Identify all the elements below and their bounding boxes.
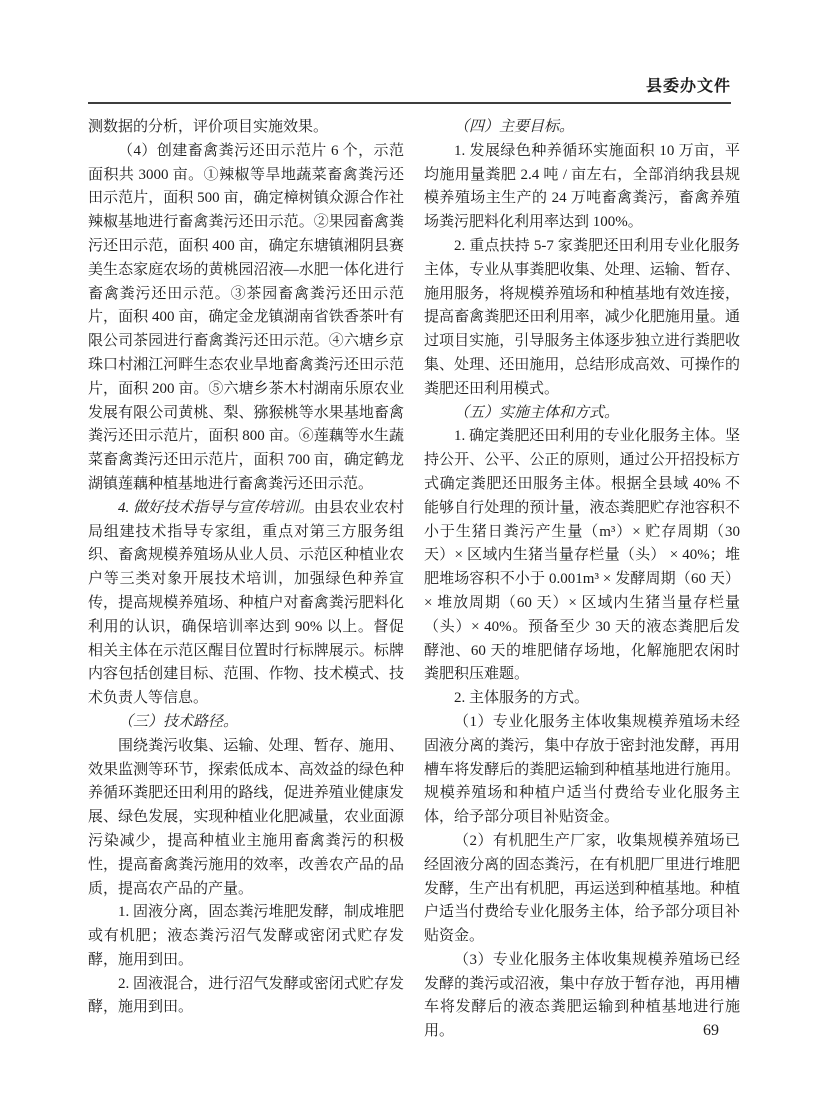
paragraph: （4）创建畜禽粪污还田示范片 6 个，示范面积共 3000 亩。①辣椒等旱地蔬菜…	[88, 140, 404, 497]
paragraph: 1. 确定粪肥还田利用的专业化服务主体。坚持公开、公平、公正的原则，通过公开招投…	[424, 425, 740, 687]
right-column: （四）主要目标。1. 发展绿色种养循环实施面积 10 万亩，平均施用量粪肥 2.…	[424, 116, 740, 1044]
paragraph-lead: 4. 做好技术指导与宣传培训。	[118, 500, 314, 516]
paragraph: 围绕粪污收集、运输、处理、暂存、施用、效果监测等环节，探索低成本、高效益的绿色种…	[88, 735, 404, 902]
paragraph: 4. 做好技术指导与宣传培训。由县农业农村局组建技术指导专家组，重点对第三方服务…	[88, 497, 404, 711]
paragraph: 2. 固液混合，进行沼气发酵或密闭式贮存发酵，施用到田。	[88, 973, 404, 1021]
section-heading: （三）技术路径。	[88, 711, 404, 735]
document-page: 县委办文件 测数据的分析，评价项目实施效果。（4）创建畜禽粪污还田示范片 6 个…	[0, 0, 816, 1099]
left-column: 测数据的分析，评价项目实施效果。（4）创建畜禽粪污还田示范片 6 个，示范面积共…	[88, 116, 404, 1044]
page-number: 69	[88, 1023, 731, 1039]
document-body: 测数据的分析，评价项目实施效果。（4）创建畜禽粪污还田示范片 6 个，示范面积共…	[88, 116, 740, 1044]
paragraph: 1. 发展绿色种养循环实施面积 10 万亩，平均施用量粪肥 2.4 吨 / 亩左…	[424, 140, 740, 235]
paragraph: 2. 重点扶持 5-7 家粪肥还田利用专业化服务主体，专业从事粪肥收集、处理、运…	[424, 235, 740, 402]
paragraph: （1）专业化服务主体收集规模养殖场未经固液分离的粪污，集中存放于密封池发酵，再用…	[424, 711, 740, 830]
paragraph: （2）有机肥生产厂家，收集规模养殖场已经固液分离的固态粪污，在有机肥厂里进行堆肥…	[424, 830, 740, 949]
header-rule	[88, 102, 731, 104]
header-title: 县委办文件	[646, 78, 731, 95]
section-heading: （五）实施主体和方式。	[424, 402, 740, 426]
paragraph: 1. 固液分离，固态粪污堆肥发酵，制成堆肥或有机肥；液态粪污沼气发酵或密闭式贮存…	[88, 901, 404, 972]
page-header: 县委办文件	[88, 78, 731, 96]
paragraph: 测数据的分析，评价项目实施效果。	[88, 116, 404, 140]
paragraph: 2. 主体服务的方式。	[424, 687, 740, 711]
section-heading: （四）主要目标。	[424, 116, 740, 140]
